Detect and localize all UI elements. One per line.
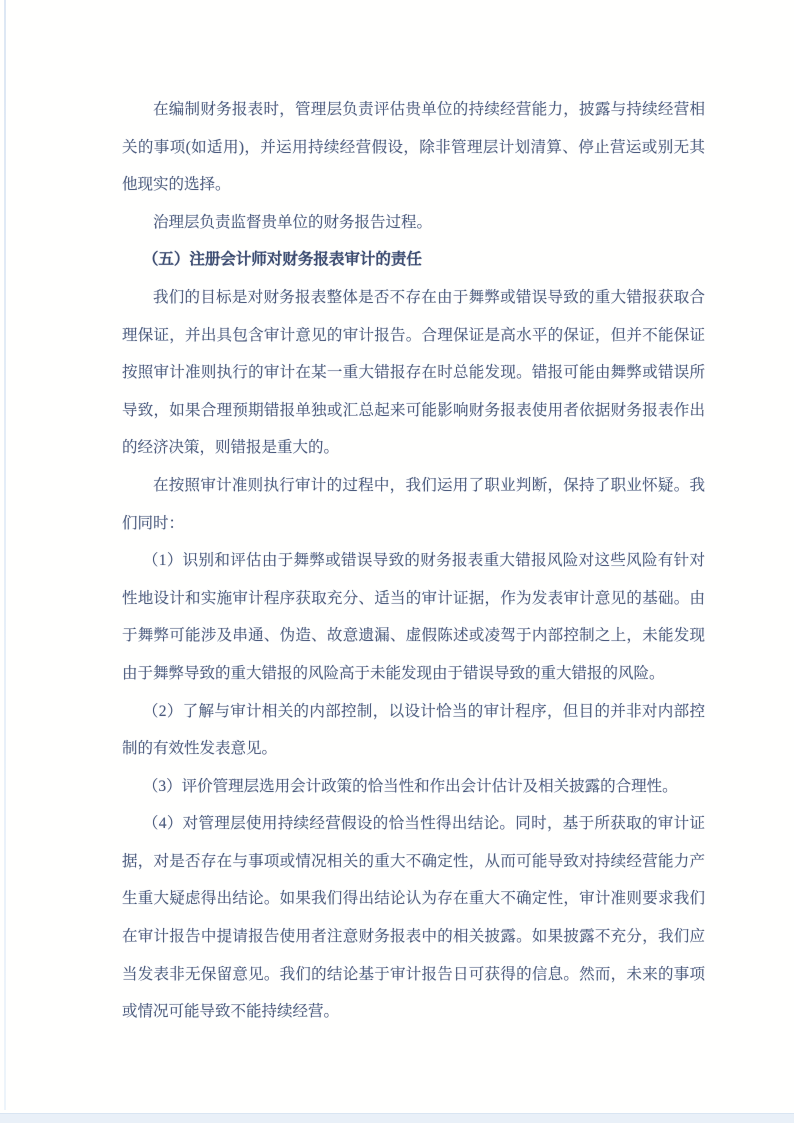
scan-artifact-left-edge — [4, 0, 6, 1110]
scan-artifact-bottom-edge — [0, 1113, 794, 1123]
paragraph-item-4-going-concern-conclusion: （4）对管理层使用持续经营假设的恰当性得出结论。同时，基于所获取的审计证据，对是… — [122, 805, 705, 1031]
paragraph-item-1-risk-assessment: （1）识别和评估由于舞弊或错误导致的财务报表重大错报风险对这些风险有针对性地设计… — [122, 542, 705, 692]
paragraph-audit-objective: 我们的目标是对财务报表整体是否不存在由于舞弊或错误导致的重大错报获取合理保证，并… — [122, 279, 705, 467]
document-text-block: 在编制财务报表时，管理层负责评估贵单位的持续经营能力，披露与持续经营相关的事项(… — [122, 91, 705, 1031]
paragraph-professional-judgment: 在按照审计准则执行审计的过程中，我们运用了职业判断，保持了职业怀疑。我们同时： — [122, 467, 705, 542]
paragraph-item-2-internal-control: （2）了解与审计相关的内部控制，以设计恰当的审计程序，但目的并非对内部控制的有效… — [122, 693, 705, 768]
paragraph-item-3-accounting-policies: （3）评价管理层选用会计政策的恰当性和作出会计估计及相关披露的合理性。 — [122, 768, 705, 806]
paragraph-going-concern-management: 在编制财务报表时，管理层负责评估贵单位的持续经营能力，披露与持续经营相关的事项(… — [122, 91, 705, 204]
section-heading-auditor-responsibility: （五）注册会计师对财务报表审计的责任 — [122, 241, 705, 279]
document-page: 在编制财务报表时，管理层负责评估贵单位的持续经营能力，披露与持续经营相关的事项(… — [0, 0, 794, 1123]
paragraph-governance-oversight: 治理层负责监督贵单位的财务报告过程。 — [122, 204, 705, 242]
